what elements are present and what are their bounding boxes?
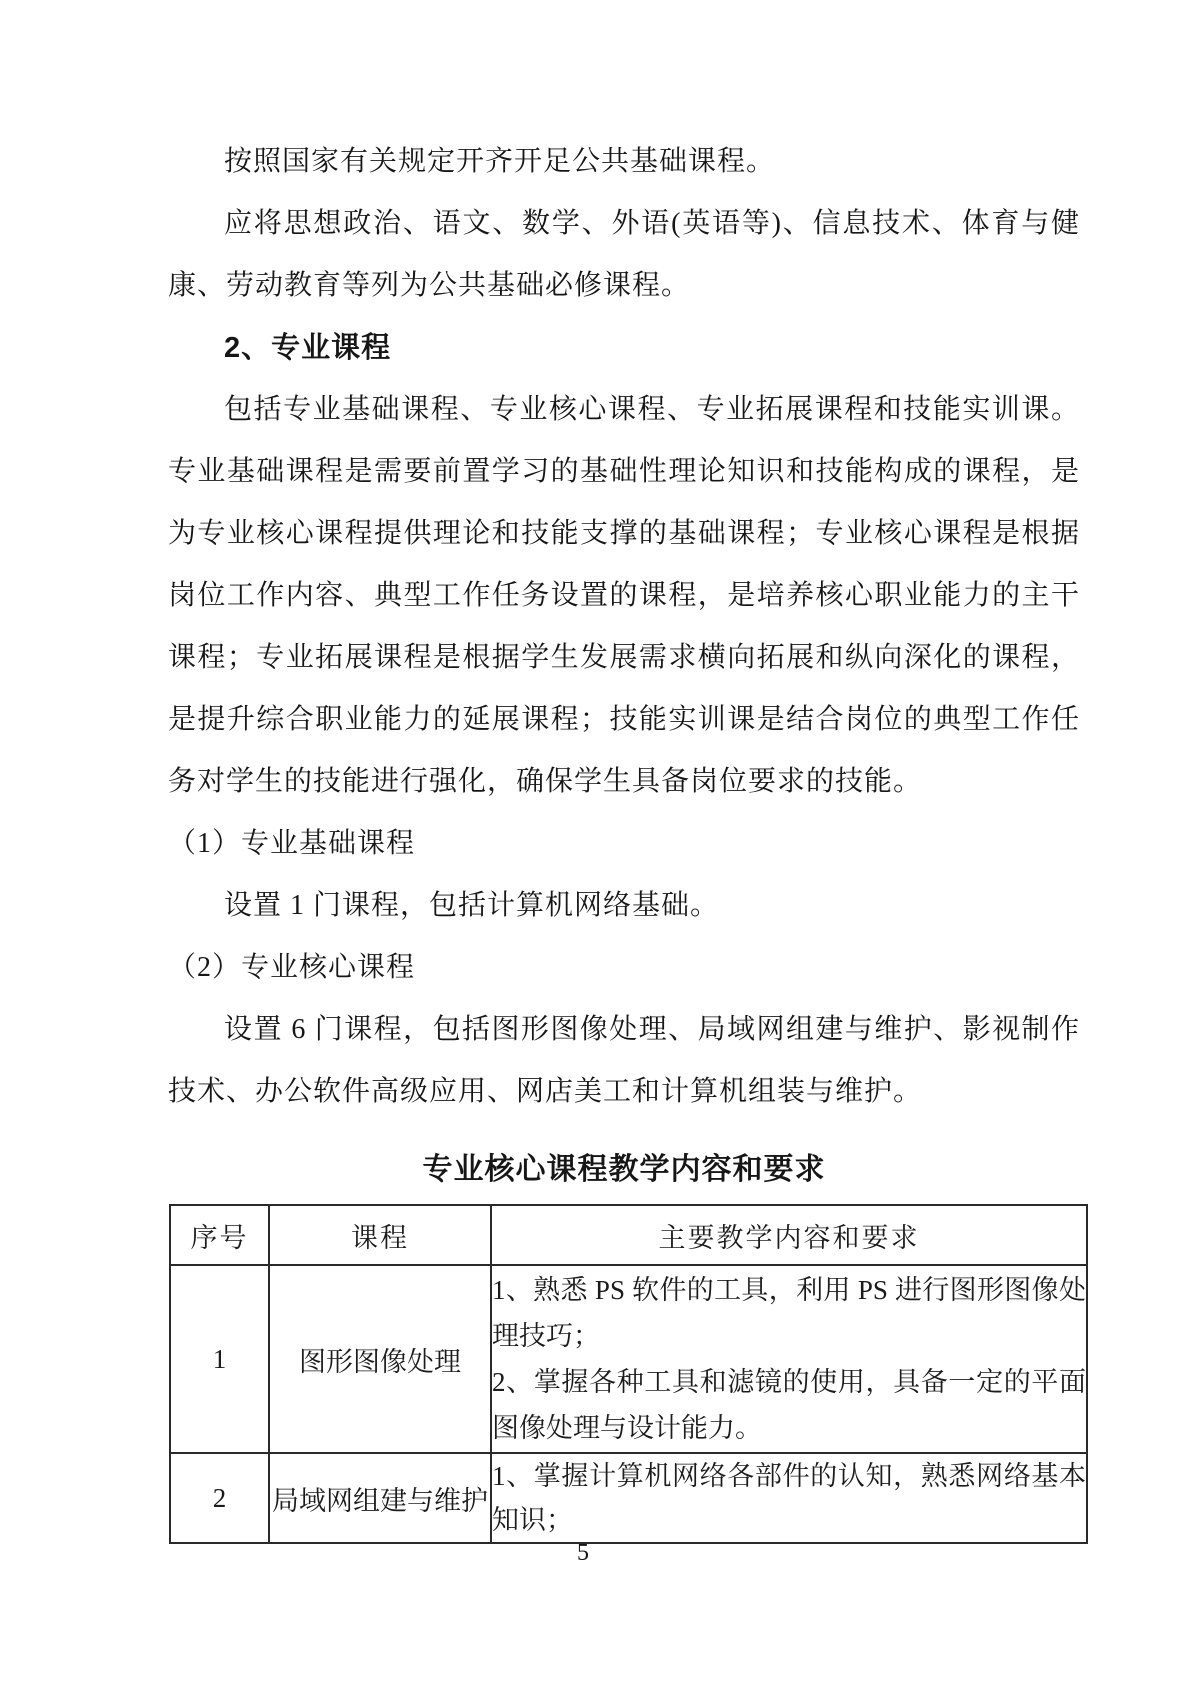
row1-number: 1 — [170, 1265, 269, 1453]
paragraph-basic-course-detail: 设置 1 门课程，包括计算机网络基础。 — [168, 875, 1080, 937]
core-courses-table: 序号 课程 主要教学内容和要求 1 图形图像处理 1、熟悉 PS 软件的工具，利… — [169, 1204, 1088, 1544]
subheading-basic-courses: （1）专业基础课程 — [168, 813, 1080, 875]
paragraph-core-course-detail: 设置 6 门课程，包括图形图像处理、局域网组建与维护、影视制作技术、办公软件高级… — [168, 999, 1080, 1123]
document-body: 按照国家有关规定开齐开足公共基础课程。 应将思想政治、语文、数学、外语(英语等)… — [168, 131, 1080, 1544]
row2-course: 局域网组建与维护 — [269, 1453, 491, 1543]
row2-requirements: 1、掌握计算机网络各部件的认知，熟悉网络基本知识； — [491, 1453, 1087, 1543]
section-heading-major-courses: 2、专业课程 — [168, 317, 1080, 379]
table-header-row: 序号 课程 主要教学内容和要求 — [170, 1205, 1087, 1265]
paragraph-public-courses: 按照国家有关规定开齐开足公共基础课程。 — [168, 131, 1080, 193]
row1-requirements: 1、熟悉 PS 软件的工具，利用 PS 进行图形图像处理技巧； 2、掌握各种工具… — [491, 1265, 1087, 1453]
document-page: 按照国家有关规定开齐开足公共基础课程。 应将思想政治、语文、数学、外语(英语等)… — [0, 0, 1190, 1683]
requirement-item: 1、熟悉 PS 软件的工具，利用 PS 进行图形图像处理技巧； — [492, 1267, 1086, 1359]
page-number: 5 — [0, 1533, 1166, 1573]
subheading-core-courses: （2）专业核心课程 — [168, 937, 1080, 999]
table-row-2: 2 局域网组建与维护 1、掌握计算机网络各部件的认知，熟悉网络基本知识； — [170, 1453, 1087, 1543]
row1-course: 图形图像处理 — [269, 1265, 491, 1453]
paragraph-required-courses: 应将思想政治、语文、数学、外语(英语等)、信息技术、体育与健康、劳动教育等列为公… — [168, 193, 1080, 317]
table-row-1: 1 图形图像处理 1、熟悉 PS 软件的工具，利用 PS 进行图形图像处理技巧；… — [170, 1265, 1087, 1453]
col-header-number: 序号 — [170, 1205, 269, 1265]
paragraph-course-types: 包括专业基础课程、专业核心课程、专业拓展课程和技能实训课。专业基础课程是需要前置… — [168, 379, 1080, 813]
row2-number: 2 — [170, 1453, 269, 1543]
col-header-requirements: 主要教学内容和要求 — [491, 1205, 1087, 1265]
table-title: 专业核心课程教学内容和要求 — [168, 1139, 1080, 1201]
col-header-course: 课程 — [269, 1205, 491, 1265]
requirement-item: 1、掌握计算机网络各部件的认知，熟悉网络基本知识； — [492, 1454, 1086, 1542]
requirement-item: 2、掌握各种工具和滤镜的使用，具备一定的平面图像处理与设计能力。 — [492, 1359, 1086, 1451]
